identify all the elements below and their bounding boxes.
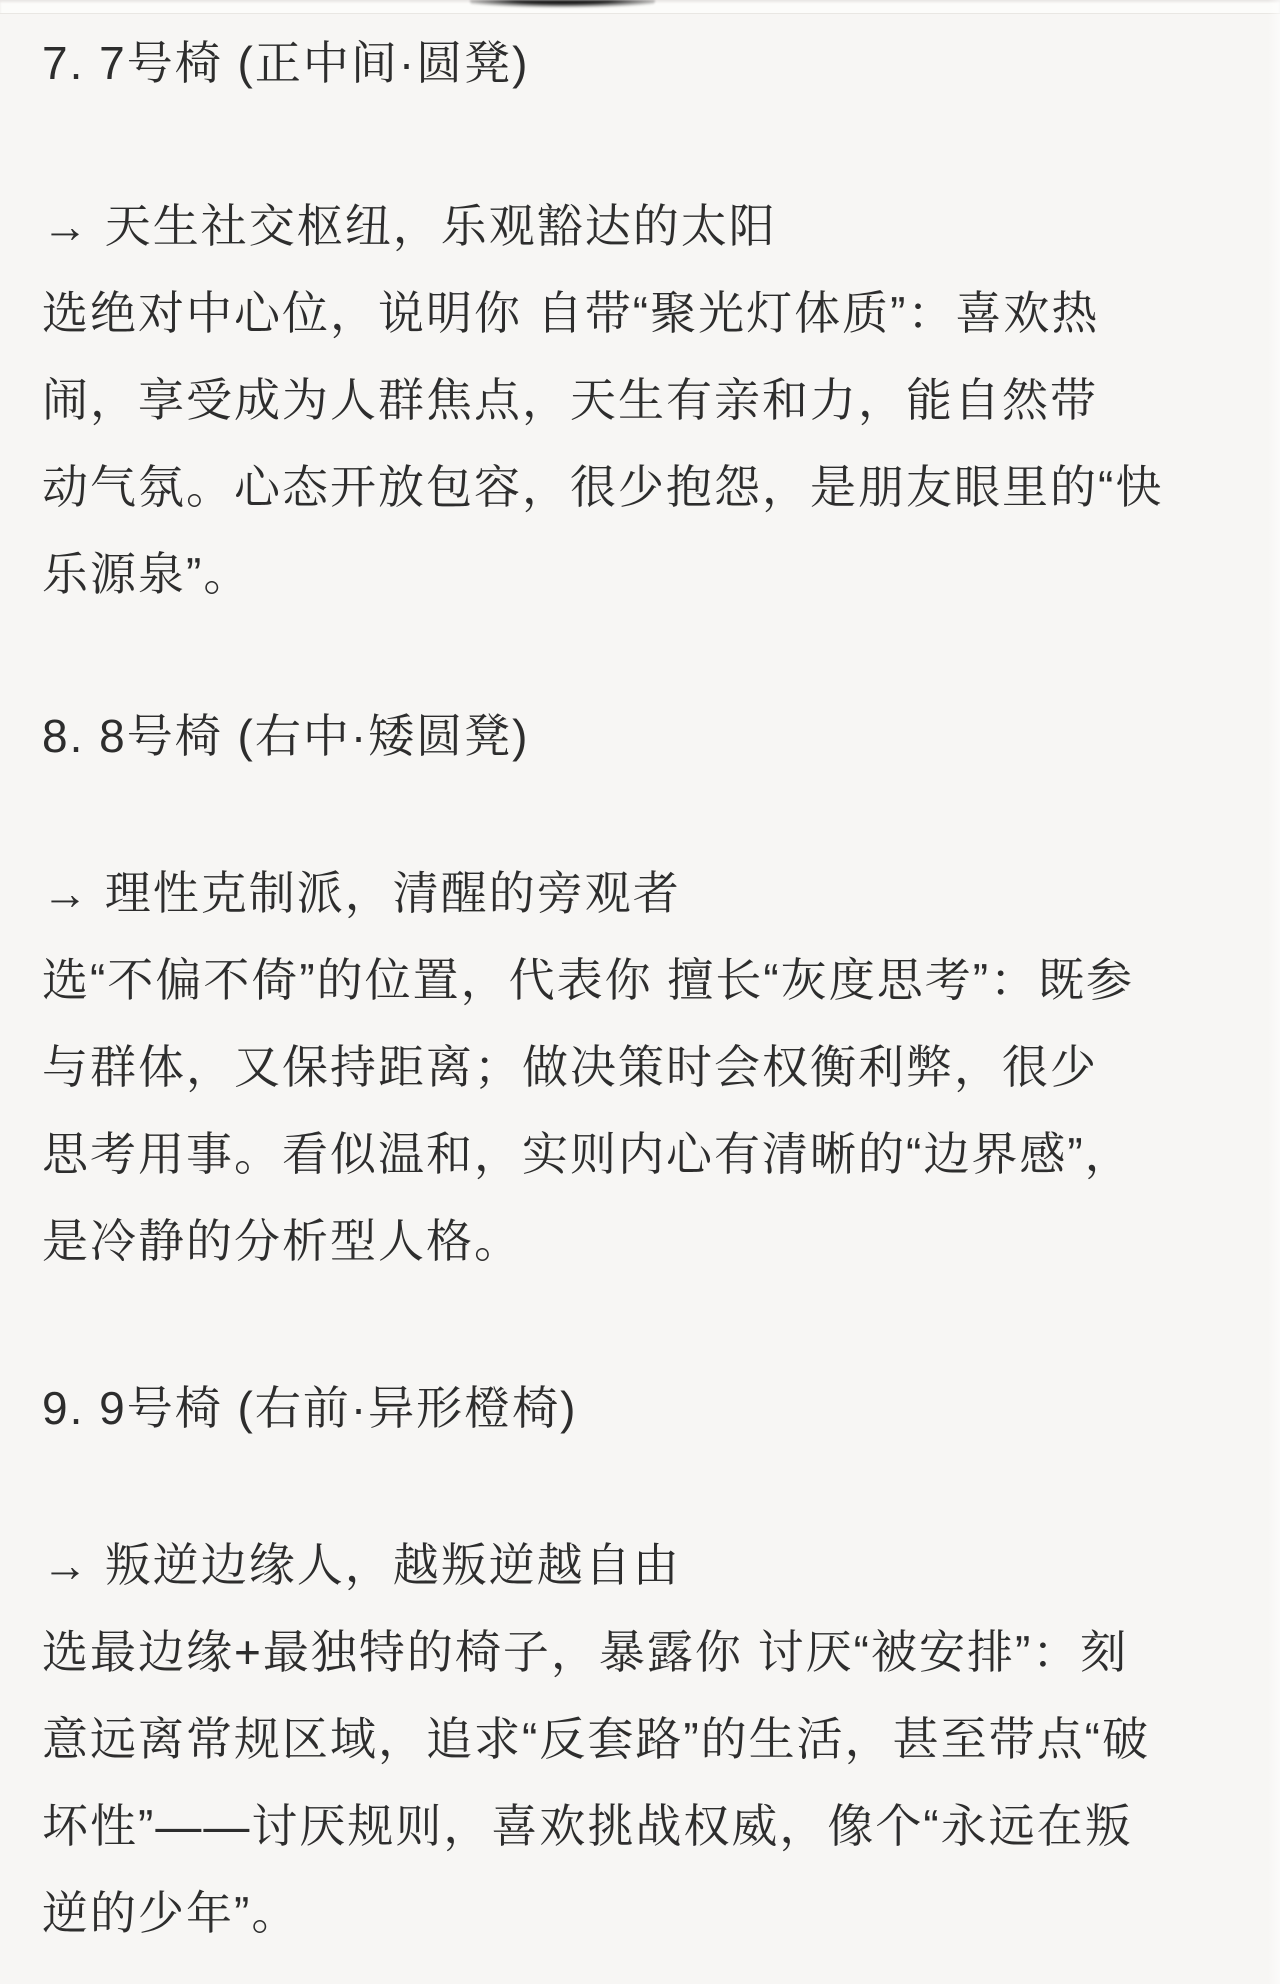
section-body-chair-9: → 叛逆边缘人，越叛逆越自由 选最边缘+最独特的椅子，暴露你 讨厌“被安排”：刻… (42, 1522, 1240, 1957)
paragraph-line: 思考用事。看似温和，实则内心有清晰的“边界感”， (42, 1111, 1240, 1198)
photo-edge-smudge (470, 0, 655, 8)
paragraph-line: 闹，享受成为人群焦点，天生有亲和力，能自然带 (42, 357, 1240, 444)
section-subtitle-chair-9: → 叛逆边缘人，越叛逆越自由 (42, 1522, 1240, 1609)
section-chair-7: 7. 7号椅 (正中间·圆凳) → 天生社交枢纽，乐观豁达的太阳 选绝对中心位，… (42, 35, 1240, 618)
paragraph-line: 乐源泉”。 (42, 531, 1240, 618)
paragraph-line: 逆的少年”。 (42, 1870, 1240, 1957)
article-content: 7. 7号椅 (正中间·圆凳) → 天生社交枢纽，乐观豁达的太阳 选绝对中心位，… (0, 35, 1280, 1957)
section-chair-9: 9. 9号椅 (右前·异形橙椅) → 叛逆边缘人，越叛逆越自由 选最边缘+最独特… (42, 1380, 1240, 1957)
paragraph-line: 坏性”——讨厌规则，喜欢挑战权威，像个“永远在叛 (42, 1783, 1240, 1870)
section-chair-8: 8. 8号椅 (右中·矮圆凳) → 理性克制派，清醒的旁观者 选“不偏不倚”的位… (42, 708, 1240, 1285)
paragraph-line: 意远离常规区域，追求“反套路”的生活，甚至带点“破 (42, 1696, 1240, 1783)
top-strip (0, 0, 1280, 14)
section-heading-chair-7: 7. 7号椅 (正中间·圆凳) (42, 35, 1240, 91)
paragraph-line: 选最边缘+最独特的椅子，暴露你 讨厌“被安排”：刻 (42, 1609, 1240, 1696)
section-subtitle-chair-7: → 天生社交枢纽，乐观豁达的太阳 (42, 183, 1240, 270)
paragraph-line: 选绝对中心位，说明你 自带“聚光灯体质”：喜欢热 (42, 270, 1240, 357)
paragraph-line: 选“不偏不倚”的位置，代表你 擅长“灰度思考”：既参 (42, 937, 1240, 1024)
section-body-chair-7: → 天生社交枢纽，乐观豁达的太阳 选绝对中心位，说明你 自带“聚光灯体质”：喜欢… (42, 183, 1240, 618)
paragraph-line: 动气氛。心态开放包容，很少抱怨，是朋友眼里的“快 (42, 444, 1240, 531)
section-heading-chair-8: 8. 8号椅 (右中·矮圆凳) (42, 708, 1240, 764)
paragraph-line: 是冷静的分析型人格。 (42, 1198, 1240, 1285)
section-body-chair-8: → 理性克制派，清醒的旁观者 选“不偏不倚”的位置，代表你 擅长“灰度思考”：既… (42, 850, 1240, 1285)
section-subtitle-chair-8: → 理性克制派，清醒的旁观者 (42, 850, 1240, 937)
section-heading-chair-9: 9. 9号椅 (右前·异形橙椅) (42, 1380, 1240, 1436)
paragraph-line: 与群体，又保持距离；做决策时会权衡利弊，很少 (42, 1024, 1240, 1111)
